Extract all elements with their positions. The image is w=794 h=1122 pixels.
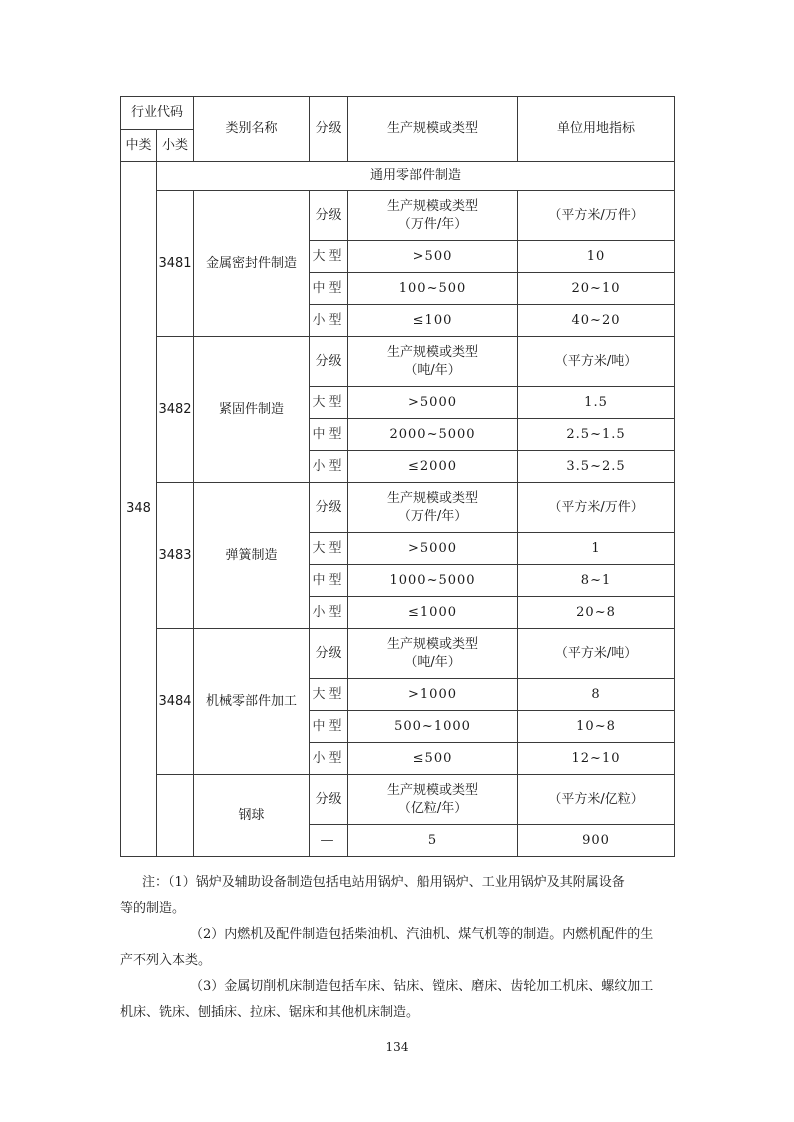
section-title: 通用零部件制造: [157, 162, 675, 191]
index-unit-cell: （平方米/亿粒）: [518, 775, 675, 825]
index-cell: 12~10: [518, 743, 675, 775]
scale-header-text: 生产规模或类型: [348, 636, 517, 654]
index-cell: 10: [518, 241, 675, 273]
scale-unit-text: （万件/年）: [348, 216, 517, 234]
scale-cell: ≤2000: [348, 451, 518, 483]
scale-header-cell: 生产规模或类型（万件/年）: [348, 191, 518, 241]
grade-cell: 小型: [310, 597, 348, 629]
category-name-cell: 钢球: [194, 775, 310, 857]
grade-cell: 中型: [310, 419, 348, 451]
scale-cell: >1000: [348, 679, 518, 711]
category-name-cell: 机械零部件加工: [194, 629, 310, 775]
scale-cell: >5000: [348, 387, 518, 419]
index-cell: 8~1: [518, 565, 675, 597]
scale-cell: 100~500: [348, 273, 518, 305]
small-code-cell: 3481: [157, 191, 194, 337]
land-use-index-table: 行业代码 类别名称 分级 生产规模或类型 单位用地指标 中类 小类 348 通用…: [120, 96, 675, 857]
scale-cell: >500: [348, 241, 518, 273]
note-2-line-1: （2）内燃机及配件制造包括柴油机、汽油机、煤气机等的制造。内燃机配件的生: [120, 922, 680, 948]
index-cell: 3.5~2.5: [518, 451, 675, 483]
grade-label-cell: 分级: [310, 191, 348, 241]
grade-cell: 小型: [310, 743, 348, 775]
scale-cell: ≤1000: [348, 597, 518, 629]
index-cell: 20~8: [518, 597, 675, 629]
index-unit-cell: （平方米/吨）: [518, 337, 675, 387]
industry-code-header: 行业代码: [121, 97, 194, 130]
index-cell: 1: [518, 533, 675, 565]
scale-header-text: 生产规模或类型: [348, 782, 517, 800]
small-class-header: 小类: [157, 130, 194, 162]
scale-unit-text: （吨/年）: [348, 654, 517, 672]
grade-cell: 大型: [310, 387, 348, 419]
page-number: 134: [0, 1040, 794, 1054]
scale-cell: ≤100: [348, 305, 518, 337]
grade-label-cell: 分级: [310, 337, 348, 387]
scale-unit-text: （吨/年）: [348, 362, 517, 380]
grade-cell: 大型: [310, 679, 348, 711]
note-3-line-1: （3）金属切削机床制造包括车床、钻床、镗床、磨床、齿轮加工机床、螺纹加工: [120, 974, 680, 1000]
index-cell: 2.5~1.5: [518, 419, 675, 451]
note-3-line-2: 机床、铣床、刨插床、拉床、锯床和其他机床制造。: [120, 1000, 680, 1026]
scale-cell: 5: [348, 825, 518, 857]
grade-label-cell: 分级: [310, 629, 348, 679]
scale-header-cell: 生产规模或类型（吨/年）: [348, 629, 518, 679]
grade-cell: 小型: [310, 451, 348, 483]
index-cell: 20~10: [518, 273, 675, 305]
land-index-header: 单位用地指标: [518, 97, 675, 162]
scale-cell: >5000: [348, 533, 518, 565]
index-cell: 900: [518, 825, 675, 857]
scale-unit-text: （亿粒/年）: [348, 800, 517, 818]
small-code-cell: [157, 775, 194, 857]
small-code-cell: 3484: [157, 629, 194, 775]
note-1-line-2: 等的制造。: [120, 896, 680, 922]
grade-cell: —: [310, 825, 348, 857]
notes-section: 注：（1）锅炉及辅助设备制造包括电站用锅炉、船用锅炉、工业用锅炉及其附属设备 等…: [120, 870, 680, 1026]
grade-cell: 小型: [310, 305, 348, 337]
grade-cell: 中型: [310, 565, 348, 597]
scale-header-cell: 生产规模或类型（吨/年）: [348, 337, 518, 387]
index-unit-cell: （平方米/万件）: [518, 191, 675, 241]
section-row: 348 通用零部件制造: [121, 162, 675, 191]
note-2-line-2: 产不列入本类。: [120, 948, 680, 974]
header-row-1: 行业代码 类别名称 分级 生产规模或类型 单位用地指标: [121, 97, 675, 130]
scale-unit-text: （万件/年）: [348, 508, 517, 526]
document-page: 行业代码 类别名称 分级 生产规模或类型 单位用地指标 中类 小类 348 通用…: [0, 0, 794, 1122]
grade-cell: 中型: [310, 273, 348, 305]
medium-class-header: 中类: [121, 130, 157, 162]
grade-header: 分级: [310, 97, 348, 162]
index-cell: 1.5: [518, 387, 675, 419]
index-unit-cell: （平方米/吨）: [518, 629, 675, 679]
grade-cell: 大型: [310, 241, 348, 273]
index-cell: 8: [518, 679, 675, 711]
group-header-row: 3483 弹簧制造 分级 生产规模或类型（万件/年） （平方米/万件）: [121, 483, 675, 533]
index-cell: 40~20: [518, 305, 675, 337]
category-name-cell: 金属密封件制造: [194, 191, 310, 337]
grade-label-cell: 分级: [310, 483, 348, 533]
grade-cell: 大型: [310, 533, 348, 565]
medium-code-cell: 348: [121, 162, 157, 857]
index-cell: 10~8: [518, 711, 675, 743]
scale-cell: 500~1000: [348, 711, 518, 743]
scale-cell: ≤500: [348, 743, 518, 775]
category-name-cell: 紧固件制造: [194, 337, 310, 483]
scale-cell: 1000~5000: [348, 565, 518, 597]
grade-cell: 中型: [310, 711, 348, 743]
scale-header-text: 生产规模或类型: [348, 198, 517, 216]
small-code-cell: 3482: [157, 337, 194, 483]
group-header-row: 3484 机械零部件加工 分级 生产规模或类型（吨/年） （平方米/吨）: [121, 629, 675, 679]
scale-header-cell: 生产规模或类型（万件/年）: [348, 483, 518, 533]
category-name-header: 类别名称: [194, 97, 310, 162]
scale-header: 生产规模或类型: [348, 97, 518, 162]
index-unit-cell: （平方米/万件）: [518, 483, 675, 533]
group-header-row: 钢球 分级 生产规模或类型（亿粒/年） （平方米/亿粒）: [121, 775, 675, 825]
group-header-row: 3481 金属密封件制造 分级 生产规模或类型（万件/年） （平方米/万件）: [121, 191, 675, 241]
scale-header-cell: 生产规模或类型（亿粒/年）: [348, 775, 518, 825]
scale-header-text: 生产规模或类型: [348, 490, 517, 508]
small-code-cell: 3483: [157, 483, 194, 629]
scale-cell: 2000~5000: [348, 419, 518, 451]
grade-label-cell: 分级: [310, 775, 348, 825]
note-1-line-1: 注：（1）锅炉及辅助设备制造包括电站用锅炉、船用锅炉、工业用锅炉及其附属设备: [120, 870, 680, 896]
scale-header-text: 生产规模或类型: [348, 344, 517, 362]
group-header-row: 3482 紧固件制造 分级 生产规模或类型（吨/年） （平方米/吨）: [121, 337, 675, 387]
category-name-cell: 弹簧制造: [194, 483, 310, 629]
